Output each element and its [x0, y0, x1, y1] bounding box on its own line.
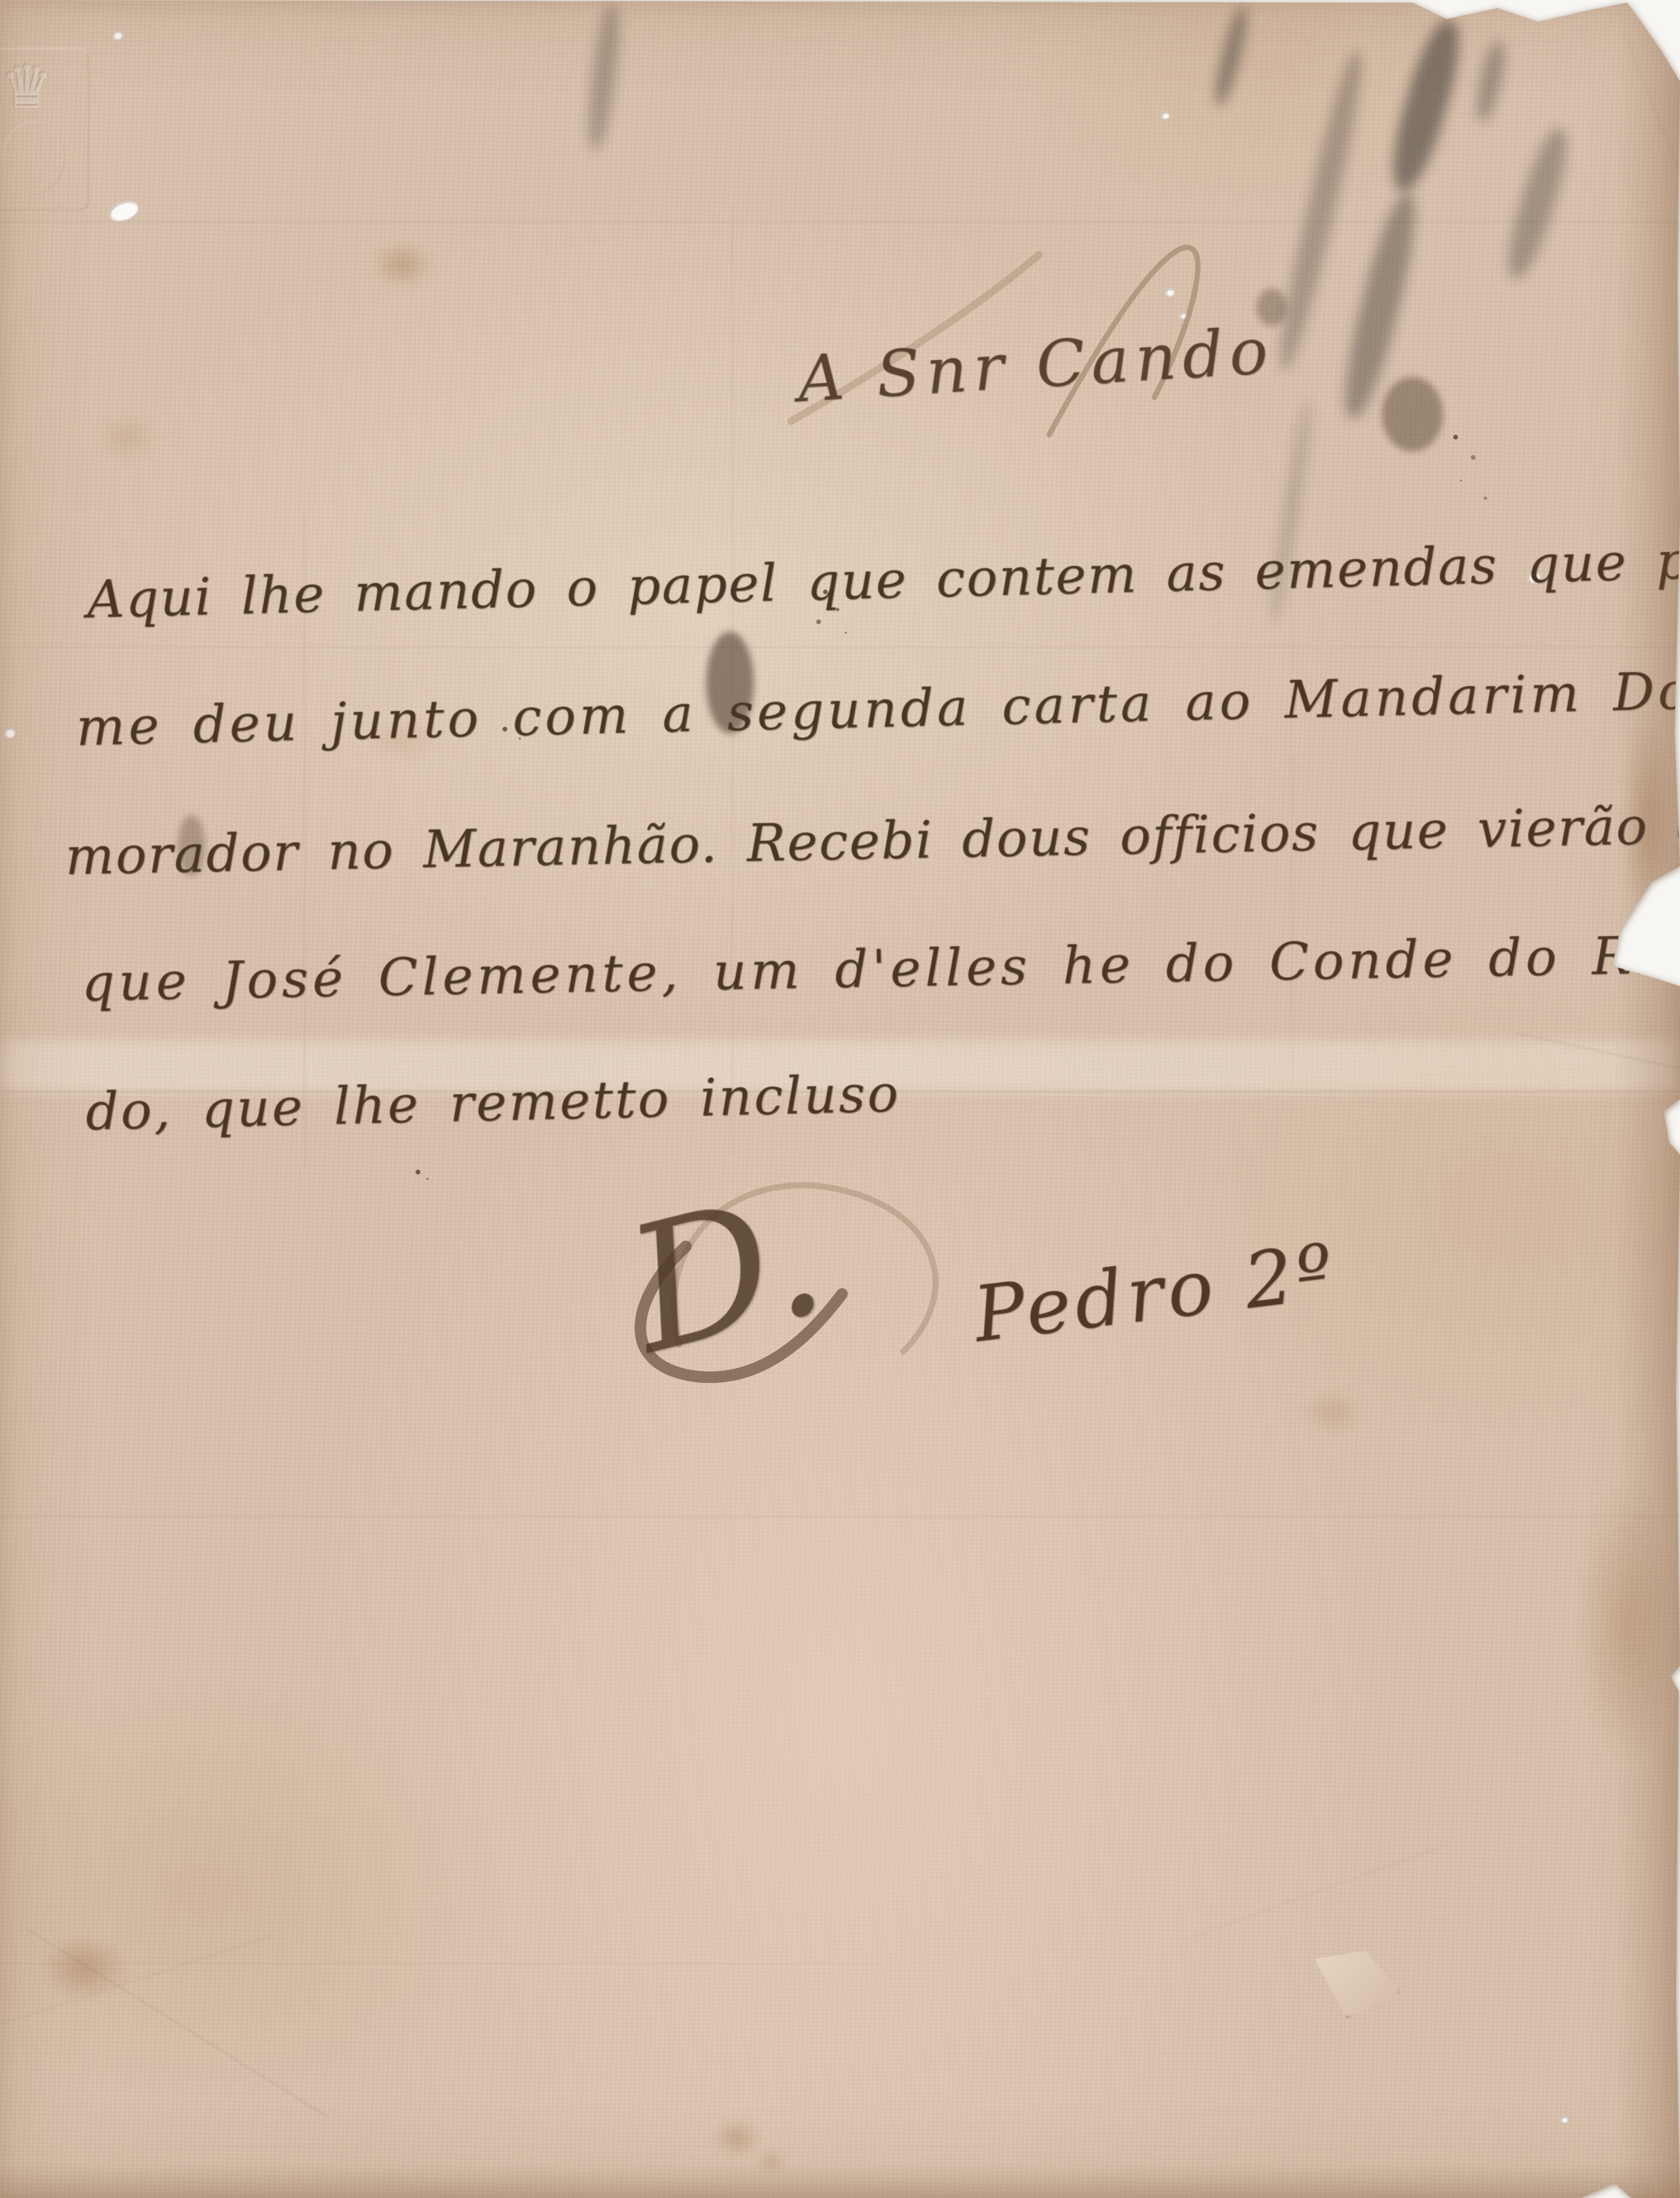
body-line-1: Aqui lhe mando o papel que contem as eme… [86, 524, 1680, 630]
fold-crease [0, 221, 1680, 225]
folded-paper-flap [1307, 1951, 1401, 2019]
diagonal-crease [0, 1936, 272, 2027]
salutation-line: A Snr Cando [796, 314, 1276, 417]
scanned-letter-page: { "document": { "salutation": "A Snr Can… [0, 0, 1680, 2198]
foxing-stain [713, 2119, 761, 2157]
bottom-edge-shading [0, 2164, 1680, 2198]
ink-spatter [1453, 435, 1458, 439]
signature-name: Pedro 2º [969, 1227, 1342, 1359]
diagonal-crease [1194, 1843, 1450, 1939]
body-line-4: que José Clemente, um d'elles he do Cond… [81, 922, 1680, 1013]
ink-blot [1382, 377, 1443, 452]
fold-crease [0, 647, 1680, 650]
paper-hole [1180, 312, 1187, 319]
aged-paper-sheet: ♛ [0, 0, 1680, 2198]
paper-hole [4, 728, 15, 738]
graphite-smudge [1382, 15, 1469, 196]
paper-hole [1161, 112, 1169, 119]
foxing-stain [95, 414, 160, 462]
graphite-smudge [1472, 39, 1509, 124]
graphite-smudge [583, 3, 624, 151]
right-edge-shading [1615, 0, 1680, 2198]
crown-icon: ♛ [0, 53, 52, 121]
embossed-crown-seal-icon: ♛ [0, 48, 90, 211]
signature-initial: D. [610, 1152, 841, 1393]
foxing-stain [1300, 1389, 1365, 1437]
fold-crease [0, 1963, 883, 1966]
fold-crease [0, 1516, 1680, 1519]
paper-hole [1165, 289, 1174, 296]
paper-hole [107, 198, 141, 224]
paper-sheet-wrapper: ♛ [0, 0, 1680, 2198]
graphite-smudge [1210, 5, 1252, 108]
paper-hole [1560, 2116, 1568, 2123]
foxing-stain [41, 1936, 129, 2000]
ink-spatter [416, 1170, 420, 1174]
body-line-2: me deu junto com a segunda carta ao Mand… [75, 655, 1680, 757]
wreath-emboss-icon [3, 121, 65, 194]
graphite-smudge [1499, 124, 1575, 283]
paper-hole [113, 31, 122, 39]
foxing-stain [370, 241, 435, 289]
